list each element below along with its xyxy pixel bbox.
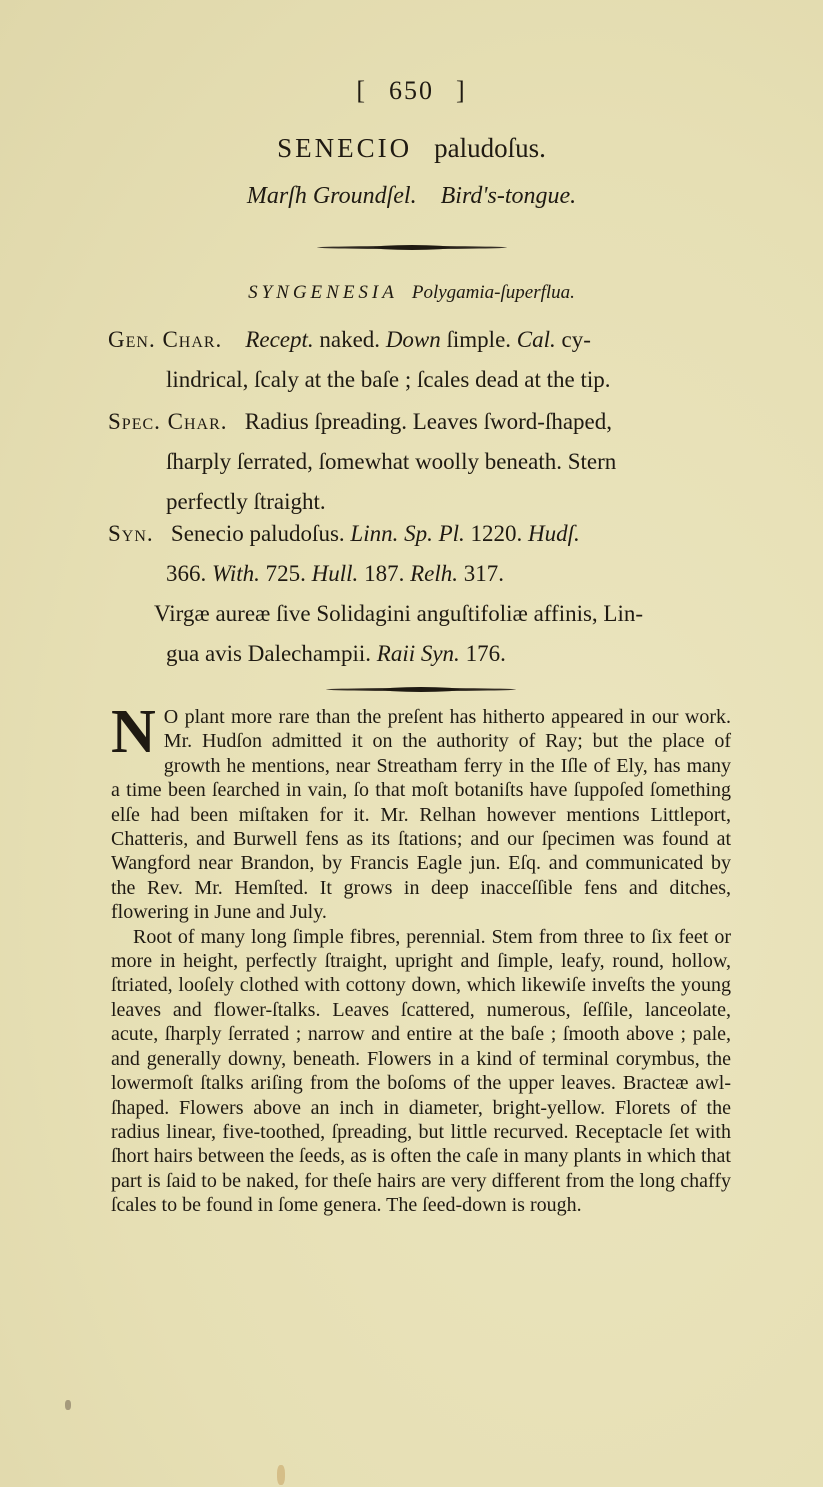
gen-char-text: ſimple.: [441, 327, 517, 352]
page-number: [650]: [0, 76, 823, 106]
syn-ref: With.: [212, 561, 260, 586]
syn-text: 725.: [260, 561, 312, 586]
gen-char-continuation: lindrical, ſcaly at the baſe ; ſcales de…: [108, 360, 748, 400]
description-body: NO plant more rare than the preſent has …: [111, 705, 731, 1218]
common-names: Marſh Groundſel.Bird's-tongue.: [0, 183, 823, 210]
syn-ref: Raii Syn.: [377, 641, 460, 666]
species-title: SENECIOpaludoſus.: [0, 133, 823, 164]
paragraph-2: Root of many long ſimple fibres, perenni…: [111, 925, 731, 1218]
specific-character: Spec. Char. Radius ſpreading. Leaves ſwo…: [108, 402, 748, 522]
gen-char-text: Recept.: [245, 327, 313, 352]
syn-text: 176.: [460, 641, 506, 666]
paragraph-1-text: O plant more rare than the preſent has h…: [111, 706, 731, 923]
species-name: paludoſus.: [434, 133, 546, 163]
synonyms: Syn. Senecio paludoſus. Linn. Sp. Pl. 12…: [108, 514, 748, 674]
gen-char-text: cy-: [556, 327, 591, 352]
paragraph-1: NO plant more rare than the preſent has …: [111, 705, 731, 925]
genus-name: SENECIO: [277, 133, 412, 163]
ornamental-rule-bottom: [326, 688, 516, 691]
gen-char-text: Down: [386, 327, 441, 352]
syn-line-3: Virgæ aureæ ſive Solidagini anguſtifoliæ…: [108, 594, 748, 634]
syn-text: 1220.: [465, 521, 528, 546]
common-name-1: Marſh Groundſel.: [247, 183, 417, 209]
spec-char-line-1: Radius ſpreading. Leaves ſword-ſhaped,: [245, 409, 612, 434]
gen-char-text: Cal.: [517, 327, 556, 352]
paper-spot: [65, 1400, 71, 1410]
class-name: SYNGENESIA: [248, 282, 398, 303]
ornamental-rule-top: [317, 246, 507, 249]
spec-char-line-2: ſharply ſerrated, ſomewhat woolly beneat…: [108, 442, 748, 482]
syn-ref: Linn. Sp. Pl.: [350, 521, 464, 546]
syn-text: 317.: [458, 561, 504, 586]
syn-text: 366.: [166, 561, 212, 586]
order-name: Polygamia-ſuperflua.: [412, 282, 575, 303]
gen-char-label: Gen. Char.: [108, 327, 222, 352]
common-name-2: Bird's-tongue.: [441, 183, 577, 209]
gen-char-text: naked.: [314, 327, 386, 352]
syn-label: Syn.: [108, 521, 154, 546]
drop-cap: N: [111, 709, 156, 755]
linnaean-classification: SYNGENESIAPolygamia-ſuperflua.: [0, 282, 823, 304]
syn-text: Senecio paludoſus.: [171, 521, 351, 546]
book-page: [650] SENECIOpaludoſus. Marſh Groundſel.…: [0, 0, 823, 1487]
syn-ref: Hudſ.: [528, 521, 580, 546]
page-number-value: 650: [389, 76, 434, 105]
spec-char-label: Spec. Char.: [108, 409, 228, 434]
syn-text: gua avis Dalechampii.: [166, 641, 377, 666]
syn-ref: Hull.: [312, 561, 359, 586]
syn-ref: Relh.: [410, 561, 458, 586]
bracket-open: [: [356, 76, 367, 105]
bracket-close: ]: [456, 76, 467, 105]
syn-text: 187.: [358, 561, 410, 586]
generic-character: Gen. Char. Recept. naked. Down ſimple. C…: [108, 320, 748, 400]
paper-stain: [277, 1465, 285, 1485]
